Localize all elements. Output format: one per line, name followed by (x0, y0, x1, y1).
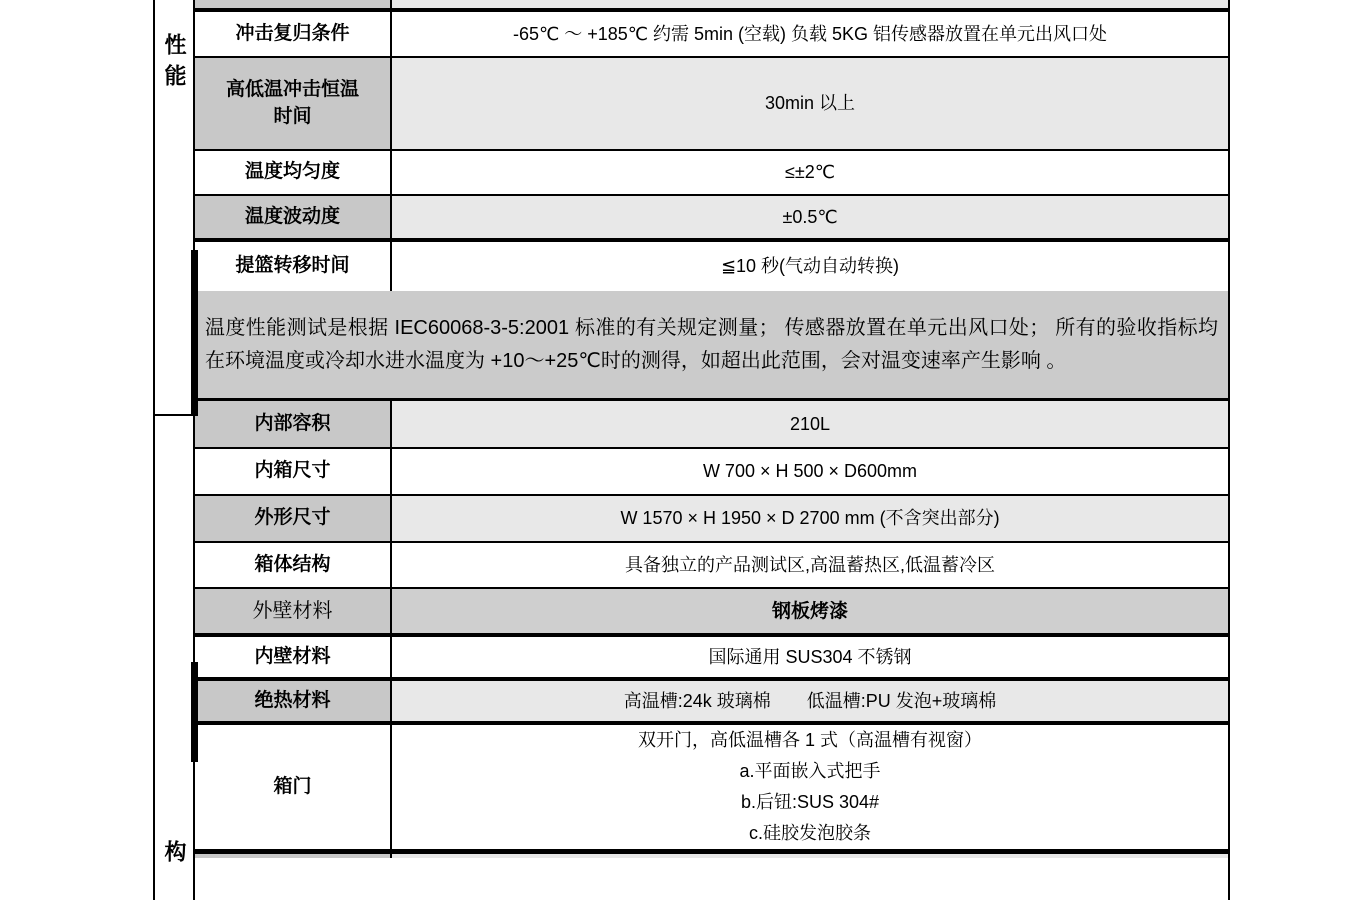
spec-table: 冲击复归条件 -65℃ ～ +185℃ 约需 5min (空载) 负载 5KG … (193, 0, 1230, 900)
row-note: 温度性能测试是根据 IEC60068-3-5:2001 标准的有关规定测量； 传… (195, 291, 1228, 401)
row-label: 箱体结构 (195, 543, 392, 587)
row-shock-recovery-condition: 冲击复归条件 -65℃ ～ +185℃ 约需 5min (空载) 负载 5KG … (195, 12, 1228, 58)
spec-sheet-page: 性能 结构 冲击复归条件 -65℃ ～ +185℃ 约需 5min (空载) 负… (0, 0, 1360, 900)
door-spec-line: b.后钮:SUS 304# (741, 787, 879, 818)
row-external-dimensions: 外形尺寸 W 1570 × H 1950 × D 2700 mm (不含突出部分… (195, 496, 1228, 543)
row-partial-bottom (195, 854, 1228, 858)
row-value: ±0.5℃ (392, 196, 1228, 238)
row-interior-material: 内壁材料 国际通用 SUS304 不锈钢 (195, 637, 1228, 681)
row-label: 内壁材料 (195, 637, 392, 677)
row-value: 双开门，高低温槽各 1 式（高温槽有视窗） a.平面嵌入式把手 b.后钮:SUS… (392, 725, 1228, 849)
thick-border-strip (191, 662, 198, 762)
row-label: 内部容积 (195, 401, 392, 447)
row-value: 具备独立的产品测试区,高温蓄热区,低温蓄冷区 (392, 543, 1228, 587)
row-inner-dimensions: 内箱尺寸 W 700 × H 500 × D600mm (195, 449, 1228, 496)
row-value: 210L (392, 401, 1228, 447)
door-spec-line: a.平面嵌入式把手 (739, 756, 880, 787)
section-cell-structure: 结构 (155, 416, 193, 900)
row-label: 箱门 (195, 725, 392, 849)
row-value: 国际通用 SUS304 不锈钢 (392, 637, 1228, 677)
section-column: 性能 结构 (153, 0, 193, 900)
section-label-structure: 结构 (155, 416, 193, 900)
row-value (392, 0, 1228, 8)
row-cabinet-structure: 箱体结构 具备独立的产品测试区,高温蓄热区,低温蓄冷区 (195, 543, 1228, 589)
row-chamber-door: 箱门 双开门，高低温槽各 1 式（高温槽有视窗） a.平面嵌入式把手 b.后钮:… (195, 725, 1228, 854)
row-basket-transfer-time: 提篮转移时间 ≦10 秒(气动自动转换) (195, 242, 1228, 291)
door-spec-line: c.硅胶发泡胶条 (749, 818, 871, 849)
row-internal-volume: 内部容积 210L (195, 401, 1228, 449)
row-value: ≦10 秒(气动自动转换) (392, 242, 1228, 291)
section-cell-performance: 性能 (155, 0, 193, 416)
row-value: -65℃ ～ +185℃ 约需 5min (空载) 负载 5KG 铝传感器放置在… (392, 12, 1228, 56)
row-label: 外壁材料 (195, 589, 392, 633)
door-spec-line: 双开门，高低温槽各 1 式（高温槽有视窗） (638, 725, 982, 756)
row-label: 提篮转移时间 (195, 242, 392, 291)
row-shock-dwell-time: 高低温冲击恒温时间 30min 以上 (195, 58, 1228, 151)
note-text: 温度性能测试是根据 IEC60068-3-5:2001 标准的有关规定测量； 传… (205, 312, 1218, 378)
row-label: 绝热材料 (195, 681, 392, 721)
row-value: 30min 以上 (392, 58, 1228, 149)
row-temp-uniformity: 温度均匀度 ≤±2℃ (195, 151, 1228, 196)
row-label: 冲击复归条件 (195, 12, 392, 56)
row-value: 钢板烤漆 (392, 589, 1228, 633)
row-value: ≤±2℃ (392, 151, 1228, 194)
row-value: W 1570 × H 1950 × D 2700 mm (不含突出部分) (392, 496, 1228, 541)
row-label: 高低温冲击恒温时间 (195, 58, 392, 149)
row-value (392, 854, 1228, 858)
section-label-performance: 性能 (155, 0, 193, 95)
row-label: 温度均匀度 (195, 151, 392, 194)
row-value: W 700 × H 500 × D600mm (392, 449, 1228, 494)
row-label: 内箱尺寸 (195, 449, 392, 494)
row-partial-top (195, 0, 1228, 12)
row-insulation-material: 绝热材料 高温槽:24k 玻璃棉 低温槽:PU 发泡+玻璃棉 (195, 681, 1228, 725)
row-label (195, 0, 392, 8)
row-label: 外形尺寸 (195, 496, 392, 541)
row-label (195, 854, 392, 858)
row-temp-fluctuation: 温度波动度 ±0.5℃ (195, 196, 1228, 242)
thick-border-strip (191, 250, 198, 416)
row-exterior-material: 外壁材料 钢板烤漆 (195, 589, 1228, 637)
row-label: 温度波动度 (195, 196, 392, 238)
row-value: 高温槽:24k 玻璃棉 低温槽:PU 发泡+玻璃棉 (392, 681, 1228, 721)
